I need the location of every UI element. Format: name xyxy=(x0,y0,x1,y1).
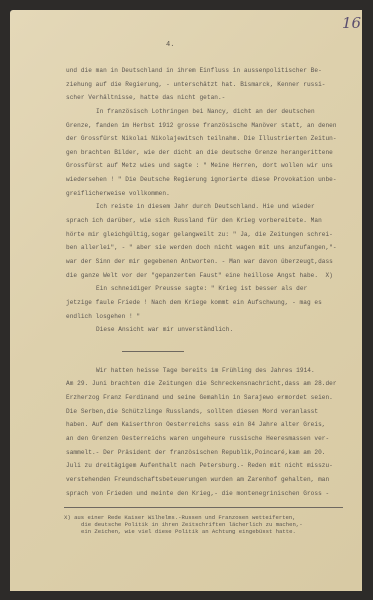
text-line: war der Sinn der mir gegebenen Antworten… xyxy=(66,255,346,269)
text-line: der Grossfürst Nikolai Nikolajewitsch te… xyxy=(66,132,346,146)
text-line: Am 29. Juni brachten die Zeitungen die S… xyxy=(66,377,346,391)
footnote: X) aus einer Rede Kaiser Wilhelms.-Russe… xyxy=(64,514,349,535)
text-line: sammelt.- Der Präsident der französische… xyxy=(66,446,346,460)
text-line: haben. Auf dem Kaiserthron Oesterreichs … xyxy=(66,418,346,432)
text-line: Wir hatten heisse Tage bereits im Frühli… xyxy=(66,364,346,378)
text-line: ben allerlei", - " aber sie werden doch … xyxy=(66,241,346,255)
section-gap xyxy=(66,337,346,364)
text-line: greiflicherweise vollkommen. xyxy=(66,187,346,201)
body-text: und die man in Deutschland in ihrem Einf… xyxy=(66,64,346,500)
text-line: Erzherzog Franz Ferdinand und seine Gema… xyxy=(66,391,346,405)
footnote-line: ein Zeichen, wie viel diese Politik an A… xyxy=(64,528,349,535)
text-line: jetzige faule Friede ! Nach dem Kriege k… xyxy=(66,296,346,310)
page-number: 4. xyxy=(166,41,174,49)
text-line: hörte mir gleichgültig,sogar gelangweilt… xyxy=(66,228,346,242)
footnote-line: die deutsche Politik in ihren Zeitschrif… xyxy=(64,521,349,528)
text-line: In französisch Lothringen bei Nancy, dic… xyxy=(66,105,346,119)
footnote-rule xyxy=(64,507,343,508)
text-line: gen brachten Bilder, wie der dicht an di… xyxy=(66,146,346,160)
text-line: wiedersehen ! " Die Deutsche Regierung i… xyxy=(66,173,346,187)
section-separator-rule xyxy=(122,351,184,352)
text-line: scher Verhältnisse, hatte das nicht geta… xyxy=(66,91,346,105)
section-2: Wir hatten heisse Tage bereits im Frühli… xyxy=(66,364,346,500)
handwritten-folio-number: 16 xyxy=(342,14,361,32)
text-line: die ganze Welt vor der "gepanzerten Faus… xyxy=(66,269,346,283)
text-line: sprach ich darüber, wie sich Russland fü… xyxy=(66,214,346,228)
text-line: Ich reiste in diesem Jahr durch Deutschl… xyxy=(66,200,346,214)
section-1: und die man in Deutschland in ihrem Einf… xyxy=(66,64,346,337)
footnote-line: X) aus einer Rede Kaiser Wilhelms.-Russe… xyxy=(64,514,349,521)
text-line: Diese Ansicht war mir unverständlich. xyxy=(66,323,346,337)
text-line: Die Serben,die Schützlinge Russlands, so… xyxy=(66,405,346,419)
text-line: und die man in Deutschland in ihrem Einf… xyxy=(66,64,346,78)
text-line: Grenze, fanden im Herbst 1912 grosse fra… xyxy=(66,119,346,133)
text-line: Juli zu dreitägigem Aufenthalt nach Pete… xyxy=(66,459,346,473)
text-line: Ein schneidiger Preusse sagte: " Krieg i… xyxy=(66,282,346,296)
text-line: an den Grenzen Oesterreichs waren ungehe… xyxy=(66,432,346,446)
text-line: verstehenden Freundschaftsbeteuerungen w… xyxy=(66,473,346,487)
text-line: sprach von Frieden und meinte den Krieg,… xyxy=(66,487,346,501)
text-line: ziehung auf die Regierung, - unterschätz… xyxy=(66,78,346,92)
text-line: Grossfürst auf Metz wies und sagte : " M… xyxy=(66,159,346,173)
text-line: endlich losgehen ! " xyxy=(66,310,346,324)
